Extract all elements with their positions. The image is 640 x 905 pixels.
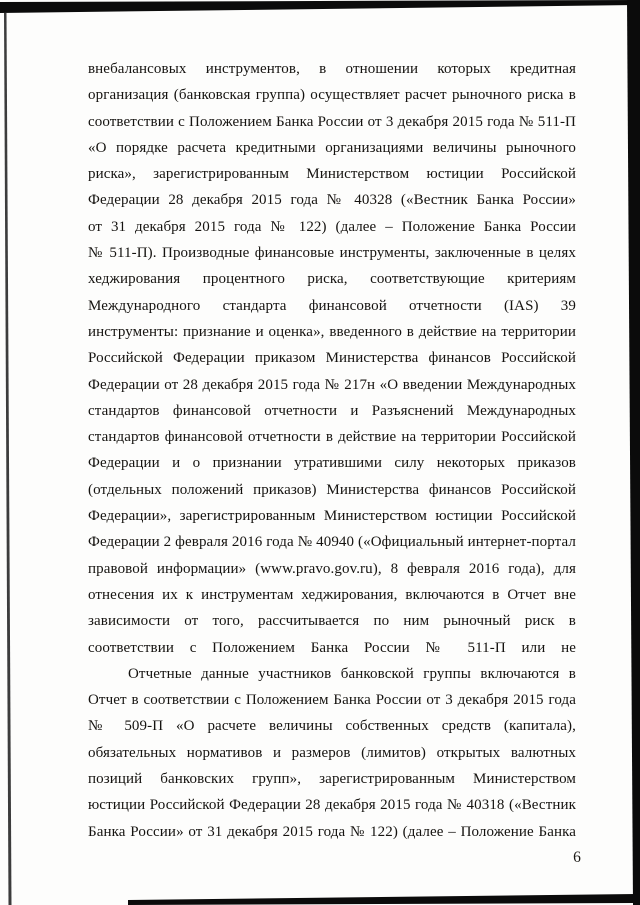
page-number: 6 bbox=[567, 849, 587, 867]
text-line: хеджирования процентного риска, соответс… bbox=[88, 266, 576, 292]
text-line: отнесения их к инструментам хеджирования… bbox=[88, 582, 576, 608]
text-line: Банка России» от 31 декабря 2015 года № … bbox=[88, 819, 576, 845]
text-line: «О порядке расчета кредитными организаци… bbox=[88, 135, 576, 161]
text-line: внебалансовых инструментов, в отношении … bbox=[88, 56, 576, 82]
scan-border-left bbox=[4, 13, 12, 905]
text-line: риска», зарегистрированным Министерством… bbox=[88, 161, 576, 187]
text-line: № 509-П «О расчете величины собственных … bbox=[88, 713, 576, 739]
text-line: правовой информации» (www.pravo.gov.ru),… bbox=[88, 556, 576, 582]
document-page: внебалансовых инструментов, в отношении … bbox=[0, 0, 640, 905]
text-line: соответствии с Положением Банка России о… bbox=[88, 109, 576, 135]
text-line: № 511-П). Производные финансовые инструм… bbox=[88, 240, 576, 266]
text-line: Отчетные данные участников банковской гр… bbox=[88, 661, 576, 687]
text-line: Федерации 28 декабря 2015 года № 40328 (… bbox=[88, 187, 576, 213]
text-line: обязательных нормативов и размеров (лими… bbox=[88, 740, 576, 766]
text-line: соответствии с Положением Банка России №… bbox=[88, 635, 576, 661]
text-line: Федерации 2 февраля 2016 года № 40940 («… bbox=[88, 529, 576, 555]
text-line: позиций банковских групп», зарегистриров… bbox=[88, 766, 576, 792]
scan-border-top bbox=[0, 0, 640, 13]
text-line: организация (банковская группа) осуществ… bbox=[88, 82, 576, 108]
text-line: юстиции Российской Федерации 28 декабря … bbox=[88, 792, 576, 818]
text-line: Отчет в соответствии с Положением Банка … bbox=[88, 687, 576, 713]
document-text-block: внебалансовых инструментов, в отношении … bbox=[88, 56, 576, 845]
text-line: Российской Федерации приказом Министерст… bbox=[88, 345, 576, 371]
text-line: (отдельных положений приказов) Министерс… bbox=[88, 477, 576, 503]
text-line: Федерации и о признании утратившими силу… bbox=[88, 450, 576, 476]
text-line: инструменты: признание и оценка», введен… bbox=[88, 319, 576, 345]
text-line: стандартов финансовой отчетности в дейст… bbox=[88, 424, 576, 450]
text-line: зависимости от того, рассчитывается по н… bbox=[88, 608, 576, 634]
text-line: от 31 декабря 2015 года № 122) (далее – … bbox=[88, 214, 576, 240]
text-line: Федерации от 28 декабря 2015 года № 217н… bbox=[88, 372, 576, 398]
scan-border-bottom bbox=[128, 894, 640, 905]
scan-border-right bbox=[627, 0, 640, 905]
text-line: Федерации», зарегистрированным Министерс… bbox=[88, 503, 576, 529]
text-line: Международного стандарта финансовой отче… bbox=[88, 293, 576, 319]
text-line: стандартов финансовой отчетности и Разъя… bbox=[88, 398, 576, 424]
